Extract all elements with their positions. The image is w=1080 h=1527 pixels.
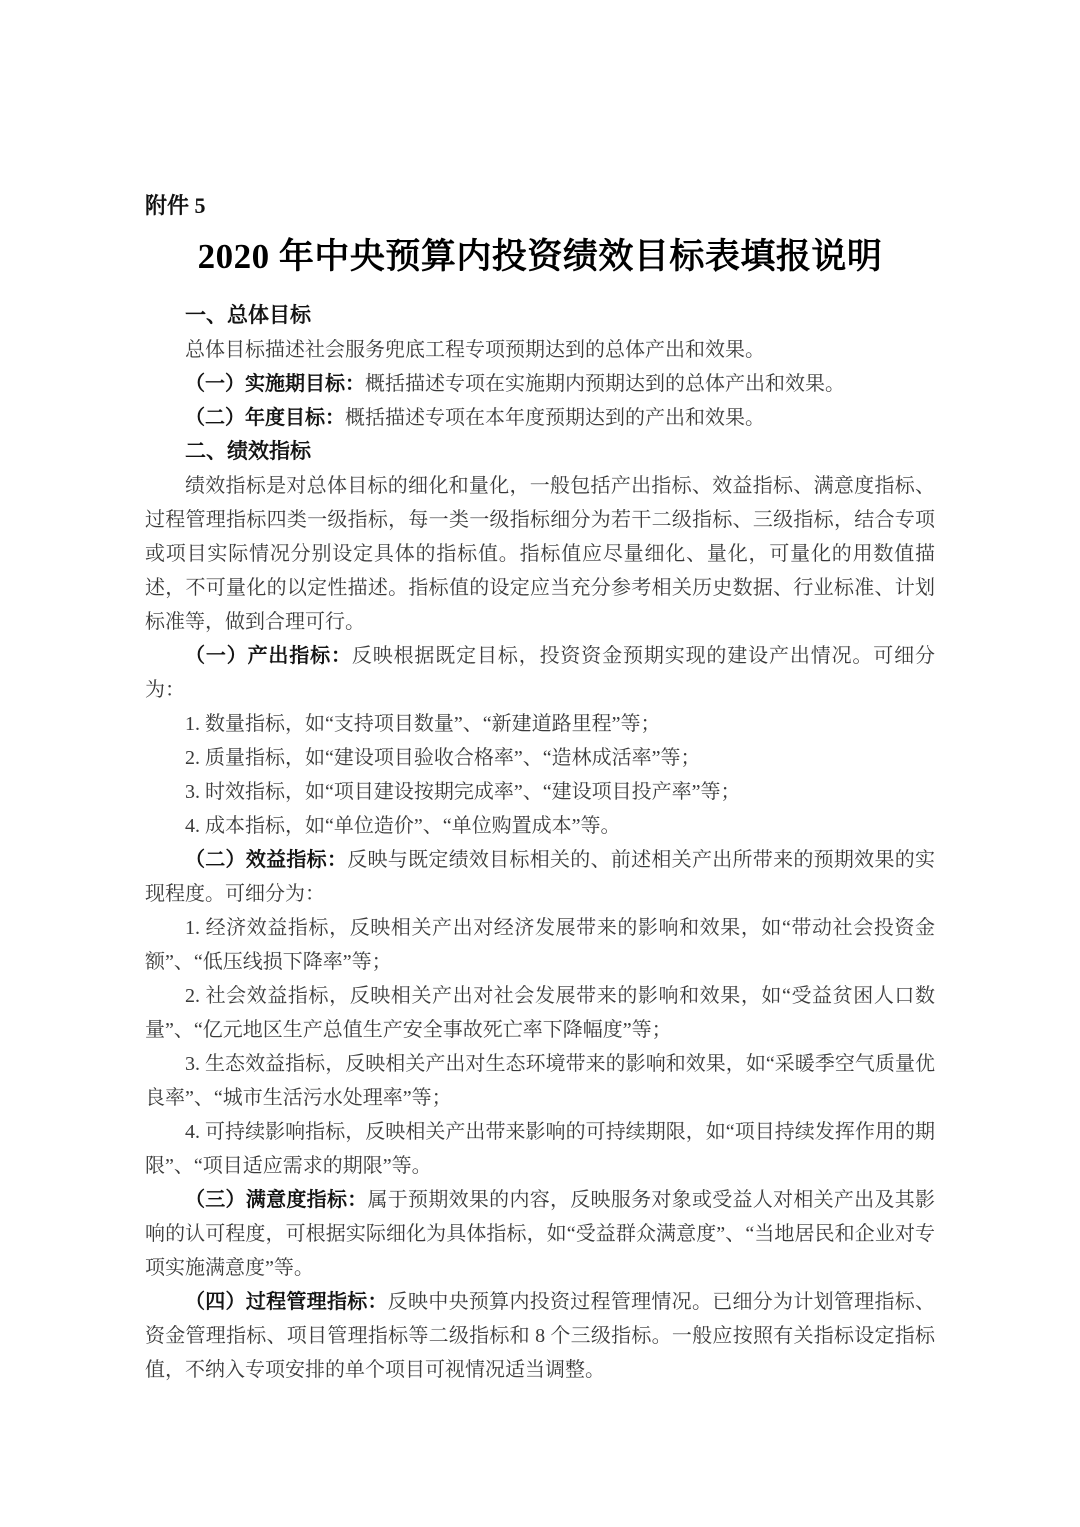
- paragraph-text: 1. 数量指标，如“支持项目数量”、“新建道路里程”等；: [185, 713, 661, 735]
- paragraph-label: （一）产出指标：: [185, 645, 352, 667]
- paragraph-label: （一）实施期目标：: [185, 373, 365, 395]
- list-item: 2. 社会效益指标，反映相关产出对社会发展带来的影响和效果，如“受益贫困人口数量…: [145, 979, 935, 1047]
- paragraph-text: 4. 可持续影响指标，反映相关产出带来影响的可持续期限，如“项目持续发挥作用的期…: [145, 1121, 935, 1177]
- paragraph-label: （四）过程管理指标：: [185, 1291, 388, 1313]
- paragraph-text: 绩效指标是对总体目标的细化和量化，一般包括产出指标、效益指标、满意度指标、过程管…: [145, 475, 935, 633]
- paragraph-text: 总体目标描述社会服务兜底工程专项预期达到的总体产出和效果。: [185, 339, 765, 361]
- paragraph: 总体目标描述社会服务兜底工程专项预期达到的总体产出和效果。: [145, 333, 935, 367]
- paragraph-text: 4. 成本指标，如“单位造价”、“单位购置成本”等。: [185, 815, 621, 837]
- document-body: 一、总体目标 总体目标描述社会服务兜底工程专项预期达到的总体产出和效果。 （一）…: [145, 299, 935, 1387]
- section-heading-overall-goal: 一、总体目标: [145, 299, 935, 333]
- paragraph-text: 概括描述专项在实施期内预期达到的总体产出和效果。: [365, 373, 845, 395]
- paragraph-text: 2. 质量指标，如“建设项目验收合格率”、“造林成活率”等；: [185, 747, 701, 769]
- paragraph: （四）过程管理指标：反映中央预算内投资过程管理情况。已细分为计划管理指标、资金管…: [145, 1285, 935, 1387]
- paragraph: （二）年度目标：概括描述专项在本年度预期达到的产出和效果。: [145, 401, 935, 435]
- section-heading-performance-indicators: 二、绩效指标: [145, 435, 935, 469]
- document-canvas: 附件 5 2020 年中央预算内投资绩效目标表填报说明 一、总体目标 总体目标描…: [0, 0, 1080, 1527]
- paragraph: 绩效指标是对总体目标的细化和量化，一般包括产出指标、效益指标、满意度指标、过程管…: [145, 469, 935, 639]
- list-item: 4. 可持续影响指标，反映相关产出带来影响的可持续期限，如“项目持续发挥作用的期…: [145, 1115, 935, 1183]
- paragraph-text: 2. 社会效益指标，反映相关产出对社会发展带来的影响和效果，如“受益贫困人口数量…: [145, 985, 935, 1041]
- paragraph-label: （二）效益指标：: [185, 849, 347, 871]
- paragraph-text: 概括描述专项在本年度预期达到的产出和效果。: [345, 407, 765, 429]
- paragraph-label: （三）满意度指标：: [185, 1189, 368, 1211]
- attachment-label: 附件 5: [145, 192, 935, 220]
- paragraph: （三）满意度指标：属于预期效果的内容，反映服务对象或受益人对相关产出及其影响的认…: [145, 1183, 935, 1285]
- paragraph-label: （二）年度目标：: [185, 407, 345, 429]
- list-item: 2. 质量指标，如“建设项目验收合格率”、“造林成活率”等；: [145, 741, 935, 775]
- list-item: 3. 生态效益指标，反映相关产出对生态环境带来的影响和效果，如“采暖季空气质量优…: [145, 1047, 935, 1115]
- paragraph: （二）效益指标：反映与既定绩效目标相关的、前述相关产出所带来的预期效果的实现程度…: [145, 843, 935, 911]
- paragraph-text: 3. 时效指标，如“项目建设按期完成率”、“建设项目投产率”等；: [185, 781, 741, 803]
- paragraph-text: 3. 生态效益指标，反映相关产出对生态环境带来的影响和效果，如“采暖季空气质量优…: [145, 1053, 935, 1109]
- document-page: 附件 5 2020 年中央预算内投资绩效目标表填报说明 一、总体目标 总体目标描…: [0, 0, 1080, 1507]
- list-item: 4. 成本指标，如“单位造价”、“单位购置成本”等。: [145, 809, 935, 843]
- list-item: 1. 经济效益指标，反映相关产出对经济发展带来的影响和效果，如“带动社会投资金额…: [145, 911, 935, 979]
- paragraph-text: 1. 经济效益指标，反映相关产出对经济发展带来的影响和效果，如“带动社会投资金额…: [145, 917, 935, 973]
- list-item: 1. 数量指标，如“支持项目数量”、“新建道路里程”等；: [145, 707, 935, 741]
- paragraph: （一）产出指标：反映根据既定目标，投资资金预期实现的建设产出情况。可细分为：: [145, 639, 935, 707]
- list-item: 3. 时效指标，如“项目建设按期完成率”、“建设项目投产率”等；: [145, 775, 935, 809]
- paragraph: （一）实施期目标：概括描述专项在实施期内预期达到的总体产出和效果。: [145, 367, 935, 401]
- document-title: 2020 年中央预算内投资绩效目标表填报说明: [145, 234, 935, 280]
